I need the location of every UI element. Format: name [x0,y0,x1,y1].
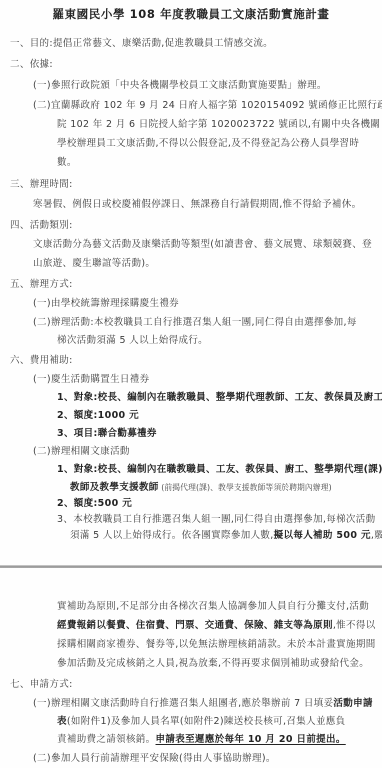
application-item1-line2a: 表 [57,716,67,727]
subsidy-item2-sub1-line2: 教師及教學支援教師 (前揭代理(課)、教學支援教師等須於聘期內辦理) [70,481,332,494]
purpose-heading: 一、目的:提倡正常藝文、康樂活動,促進教職員工情感交流。 [10,37,273,50]
application-item1-line1a: (一)辦理相關文康活動時自行推選召集人組團者,應於舉辦前 7 日填妥 [33,698,333,709]
basis-item1: (一)參照行政院頒「中央各機關學校員工文康活動實施要點」辦理。 [33,79,327,92]
basis-item2-line3: 學校辦理員工文康活動,不得以公假登記,及不得登記為公務人員學習時 [57,137,359,150]
basis-item2-line4: 數。 [57,156,77,169]
subsidy-item2-sub1-line1: 1、對象:校長、編制內在職教職員、工友、教保員、廚工、整學期代理(課) [57,463,382,476]
subsidy-heading: 六、費用補助: [10,354,73,367]
subsidy-item2-sub2: 2、額度:500 元 [57,497,132,510]
subsidy-cont-line2-rest: ,惟不得以 [333,620,376,631]
categories-heading: 四、活動類別: [10,219,73,232]
subsidy-cont-line2-bold: 經費報銷以餐費、住宿費、門票、交通費、保險、雜支等為原則 [57,620,333,631]
schedule-heading: 三、辦理時間: [10,178,73,191]
application-item2: (二)參加人員行前請辦理平安保險(得由人事協助辦理)。 [33,752,276,765]
subsidy-item2-sub1-line2-bold: 教師及教學支援教師 [70,482,159,493]
subsidy-cont-line3: 採購相關商家禮券、餐券等,以免無法辦理核銷請款。未於本計畫實施期間 [57,638,376,651]
application-item1-line2: 表(如附件1)及參加人員名單(如附件2)陳送校長核可,召集人並應負 [57,715,346,728]
basis-item2-line2: 院 102 年 2 月 6 日院授人給字第 1020023722 號函以,有關中… [57,118,380,131]
subsidy-item1-sub3: 3、項目:聯合勸募禮券 [57,427,157,440]
method-item2-line1: (二)辦理活動:本校教職員工自行推選召集人組一團,同仁得自由選擇參加,每 [33,316,357,329]
schedule-body: 寒暑假、例假日或校慶補假停課日、無課務自行請假期間,惟不得給予補休。 [33,198,361,211]
subsidy-item2-sub3-line2c: ,覈 [371,530,382,541]
application-item1-line1: (一)辦理相關文康活動時自行推選召集人組團者,應於舉辦前 7 日填妥活動申請 [33,697,373,710]
subsidy-item2-sub3-line2: 須滿 5 人以上始得成行。依各團實際參加人數,擬以每人補助 500 元,覈 [70,529,382,542]
method-item2-line2: 梯次活動須滿 5 人以上始得成行。 [57,334,208,347]
application-heading: 七、申請方式: [10,678,73,691]
subsidy-item2-sub1-line2-note: (前揭代理(課)、教學支援教師等須於聘期內辦理) [159,483,332,492]
application-item1-line1b: 活動申請 [333,698,372,709]
subsidy-item1: (一)慶生活動購置生日禮券 [33,373,149,386]
subsidy-item2-sub3-line2a: 須滿 5 人以上始得成行。依各團實際參加人數, [70,530,274,541]
application-item1-line3a: 責補助費之請領核銷。 [57,734,156,745]
application-item1-line2b: (如附件1)及參加人員名單(如附件2)陳送校長核可,召集人並應負 [67,716,346,727]
document-page: 羅東國民小學 108 年度教職員工文康活動實施計畫 一、目的:提倡正常藝文、康樂… [0,0,382,768]
subsidy-item1-sub2: 2、額度:1000 元 [57,409,139,422]
subsidy-cont-line1: 實補助為原則,不足部分由各梯次召集人協調參加人員自行分攤支付,活動 [57,600,369,613]
page-break-divider [0,565,382,568]
application-item1-line3b: 申請表至遲應於每年 10 月 20 日前提出。 [156,734,346,745]
subsidy-cont-line4: 參加活動及完成核銷之人員,視為放棄,不得再要求個別補助或發給代金。 [57,657,369,670]
subsidy-item1-sub1: 1、對象:校長、編制內在職教職員、整學期代理教師、工友、教保員及廚工 [57,391,382,404]
method-heading: 五、辦理方式: [10,278,73,291]
subsidy-item2-sub3-line2b: 擬以每人補助 500 元 [274,530,371,541]
document-title: 羅東國民小學 108 年度教職員工文康活動實施計畫 [0,6,382,22]
categories-body-line1: 文康活動分為藝文活動及康樂活動等類型(如讀書會、藝文展覽、球類競賽、登 [33,238,372,251]
subsidy-item2: (二)辦理相關文康活動 [33,445,130,458]
categories-body-line2: 山旅遊、慶生聯誼等活動)。 [33,257,155,270]
basis-heading: 二、依據: [10,58,53,71]
application-item1-line3: 責補助費之請領核銷。申請表至遲應於每年 10 月 20 日前提出。 [57,733,346,746]
method-item1: (一)由學校統籌辦理採購慶生禮券 [33,297,179,310]
subsidy-item2-sub3-line1: 3、本校教職員工自行推選召集人組一團,同仁得自由選擇參加,每梯次活動 [57,513,375,526]
basis-item2-line1: (二)宜蘭縣政府 102 年 9 月 24 日府人福字第 1020154092 … [33,99,382,112]
subsidy-cont-line2: 經費報銷以餐費、住宿費、門票、交通費、保險、雜支等為原則,惟不得以 [57,619,376,632]
